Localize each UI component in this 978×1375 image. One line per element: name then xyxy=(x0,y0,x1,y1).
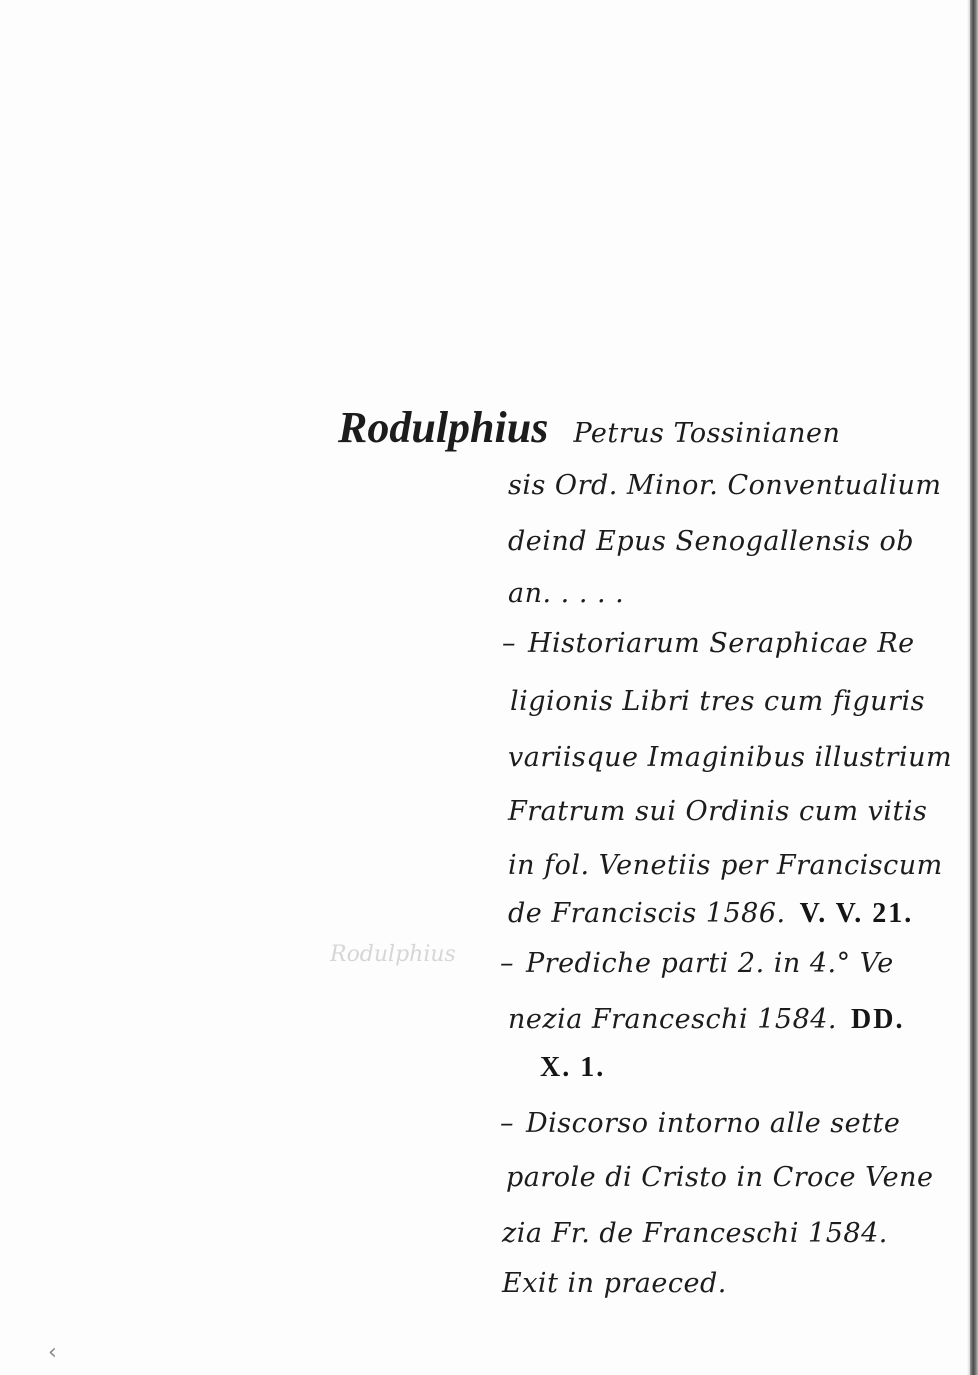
work-3-line: zia Fr. de Franceschi 1584. xyxy=(502,1218,888,1249)
shelfmark-continued: X. 1. xyxy=(540,1052,605,1083)
catalogue-entry: Rodulphius Petrus Tossinianen sis Ord. M… xyxy=(0,0,978,1375)
work-2-line: nezia Franceschi 1584.DD. xyxy=(508,1004,904,1036)
work-1-line: de Franciscis 1586.V. V. 21. xyxy=(508,898,913,930)
work-2-title: Prediche parti 2. in 4.° Ve xyxy=(526,948,894,979)
work-3-note: Exit in praeced. xyxy=(502,1268,727,1299)
work-3-line: parole di Cristo in Croce Vene xyxy=(506,1162,933,1193)
shelfmark: DD. xyxy=(851,1004,904,1035)
work-1-line: in fol. Venetiis per Franciscum xyxy=(508,850,943,881)
bio-line: sis Ord. Minor. Conventualium xyxy=(508,470,941,501)
work-2-line: –Prediche parti 2. in 4.° Ve xyxy=(500,948,894,979)
work-1-line: variisque Imaginibus illustrium xyxy=(508,742,952,773)
dash-marker: – xyxy=(500,1108,514,1139)
work-2-line: X. 1. xyxy=(540,1052,605,1084)
bio-line: deind Epus Senogallensis ob xyxy=(508,526,914,557)
work-1-line: Fratrum sui Ordinis cum vitis xyxy=(508,796,927,827)
work-3-line: –Discorso intorno alle sette xyxy=(500,1108,900,1139)
work-1-line: ligionis Libri tres cum figuris xyxy=(510,686,925,717)
work-2-imprint: nezia Franceschi 1584. xyxy=(508,1004,837,1035)
bio-line: an. . . . . xyxy=(508,578,624,609)
work-1-line: –Historiarum Seraphicae Re xyxy=(502,628,915,659)
entry-heading: Rodulphius Petrus Tossinianen xyxy=(338,402,840,453)
work-1-imprint: de Franciscis 1586. xyxy=(508,898,786,929)
work-3-title: Discorso intorno alle sette xyxy=(526,1108,900,1139)
work-1-title: Historiarum Seraphicae Re xyxy=(528,628,915,659)
author-name: Rodulphius xyxy=(338,403,548,452)
dash-marker: – xyxy=(502,628,516,659)
dash-marker: – xyxy=(500,948,514,979)
shelfmark: V. V. 21. xyxy=(800,898,914,929)
author-forename: Petrus Tossinianen xyxy=(573,418,840,449)
